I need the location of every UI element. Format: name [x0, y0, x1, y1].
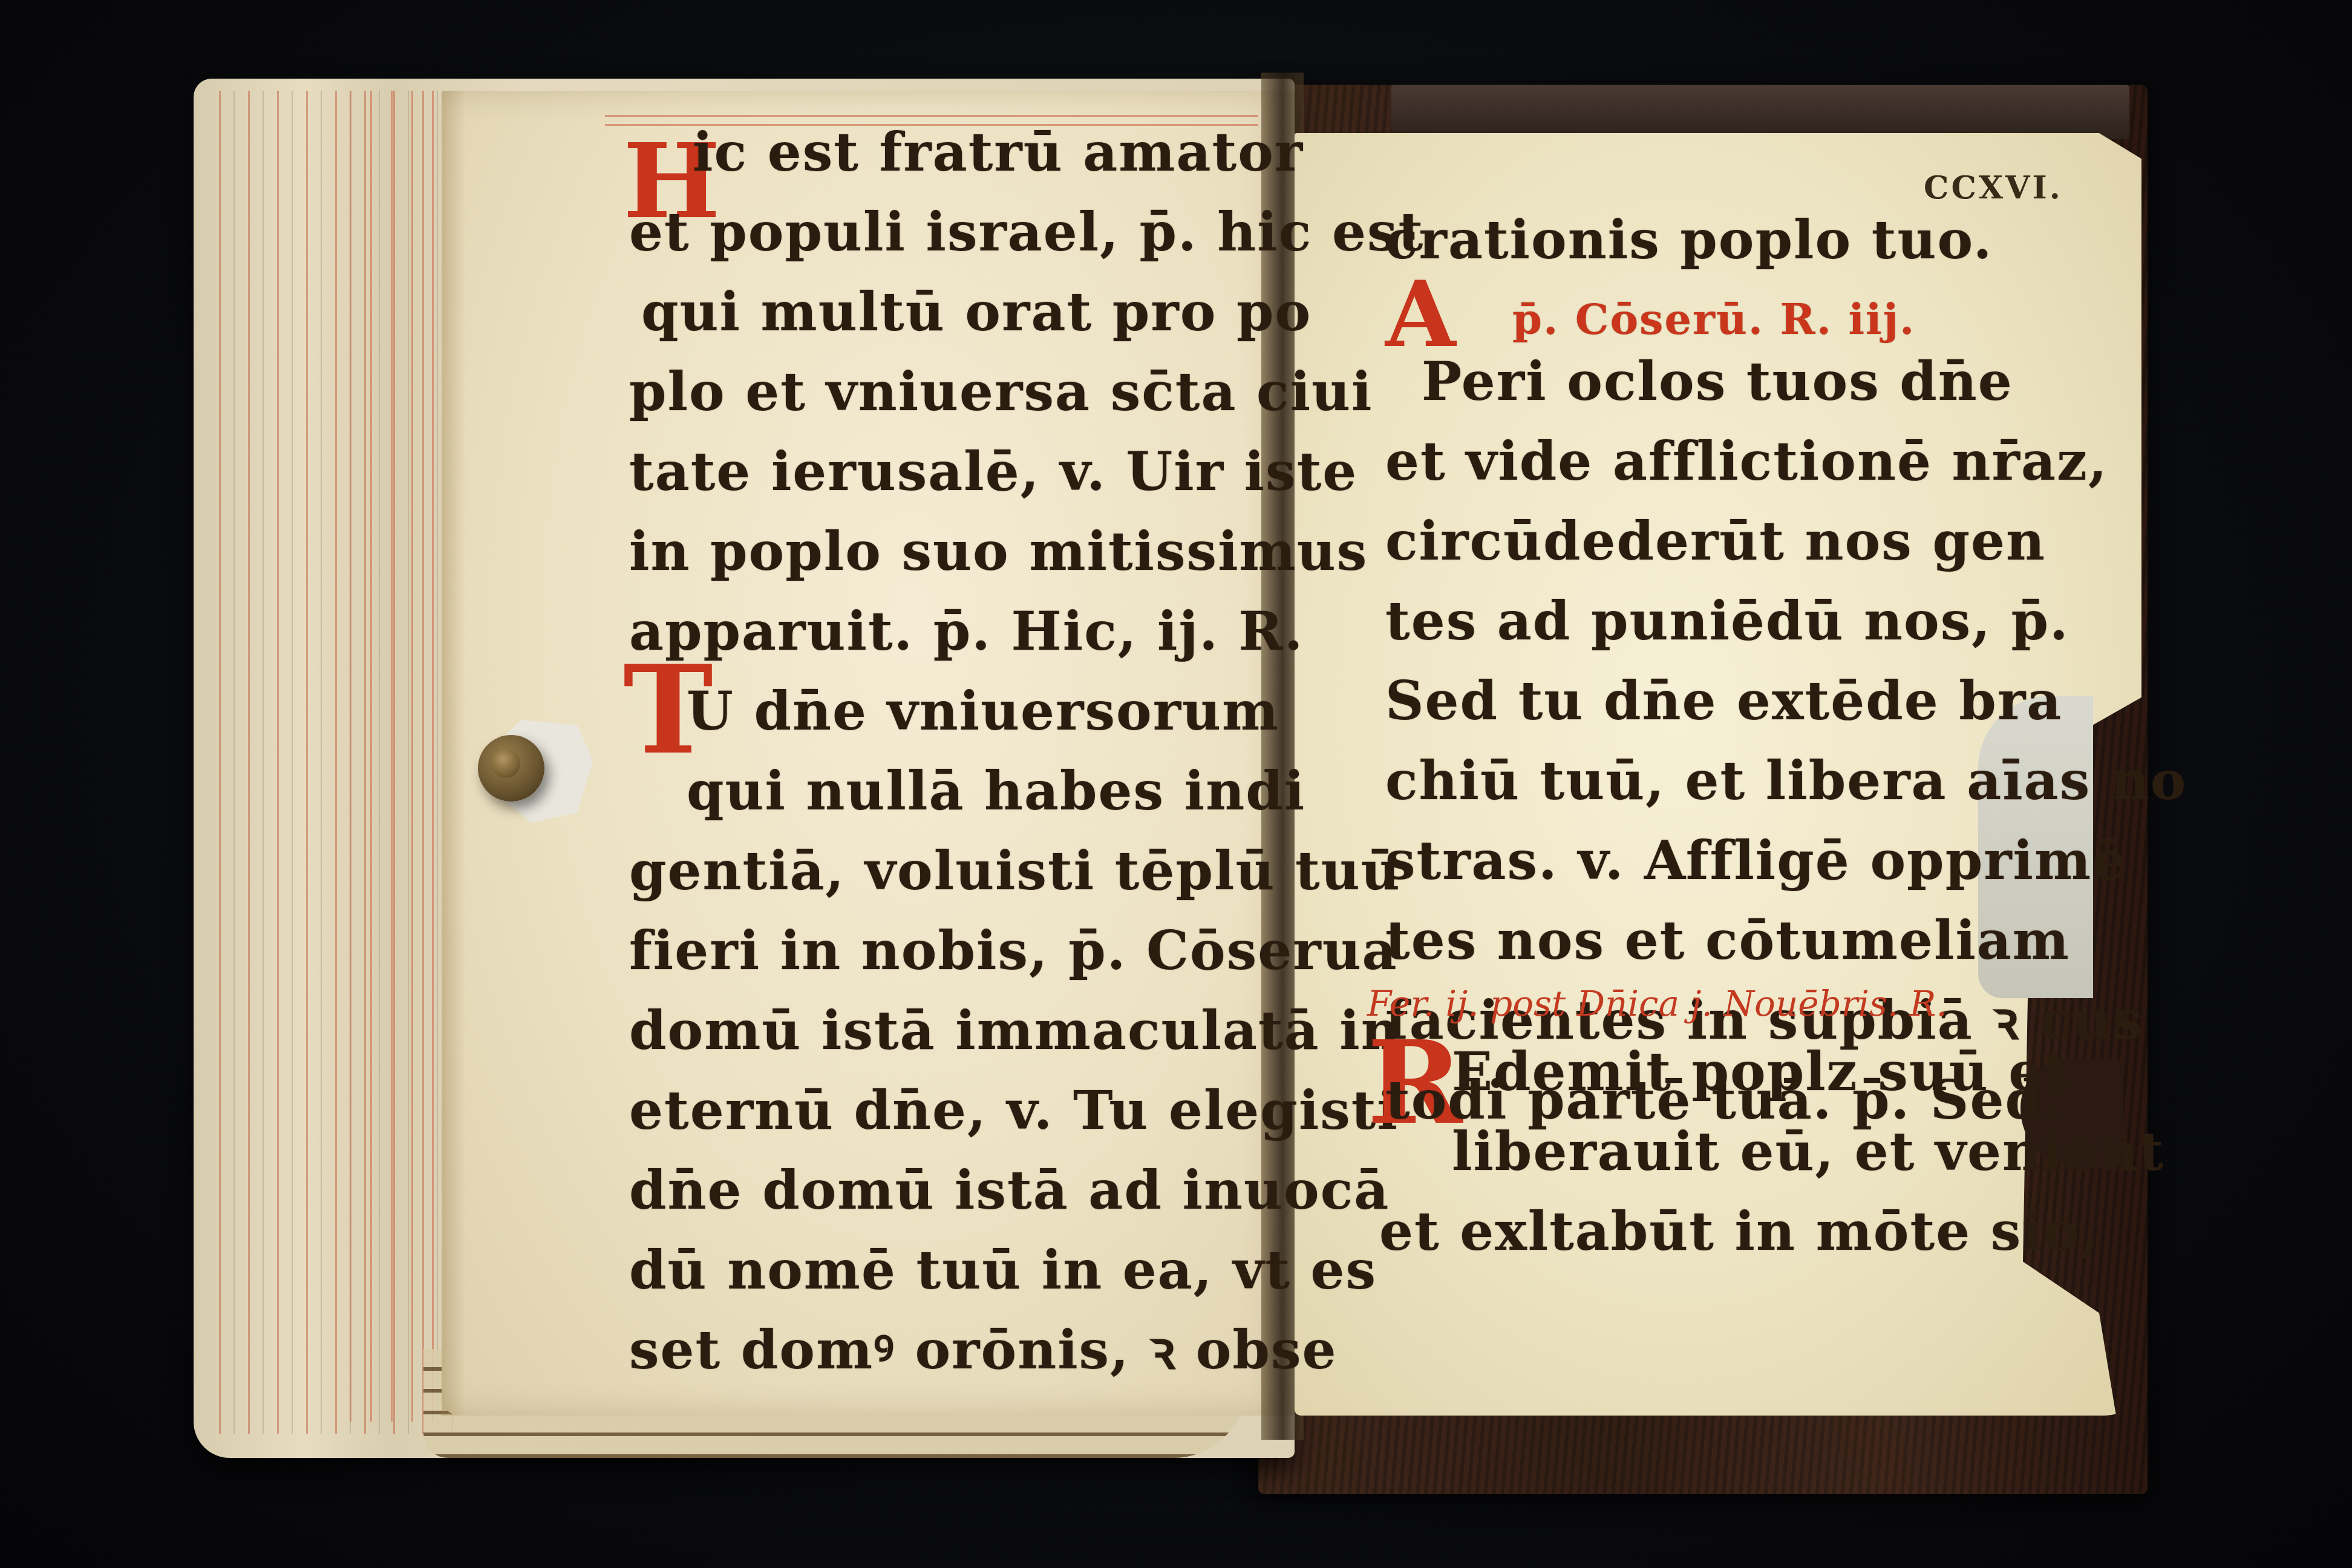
- text-line: plo et vniuersa sc̄ta ciui: [629, 351, 1424, 431]
- text-line: tes ad puniēdū nos, p̄.: [1385, 581, 2187, 661]
- text-line: Peri oclos tuos dn̄e: [1422, 341, 2187, 421]
- text-line: fieri in nobis, p̄. Cōserua: [629, 910, 1424, 990]
- text-line: qui nullā habes indi: [687, 751, 1424, 831]
- right-page-text-lower: Edemit poplz suū et liberauit eū, et ven…: [1452, 1031, 2164, 1271]
- text-line: dū nomē tuū in ea, vt es: [629, 1230, 1424, 1310]
- leather-cover-top-edge: [1391, 85, 2129, 139]
- text-line: stras. v. Affligē opprimē: [1385, 820, 2187, 900]
- text-line: tes nos et cōtumeliam: [1385, 900, 2187, 980]
- text-line: et exltabūt in mōte sio,: [1379, 1191, 2164, 1271]
- text-line: domū istā immaculatā in: [629, 990, 1424, 1070]
- text-line: Edemit poplz suū et: [1452, 1031, 2164, 1111]
- text-line: crationis poplo tuo.: [1385, 200, 2187, 279]
- text-line: U dn̄e vniuersorum: [687, 671, 1424, 751]
- text-line: circūdederūt nos gen: [1385, 501, 2187, 581]
- text-line: qui multū orat pro po: [641, 272, 1424, 351]
- text-line: et populi israel, p̄. hic est: [629, 192, 1424, 272]
- text-line: Sed tu dn̄e extēde bra: [1385, 661, 2187, 740]
- text-line: in poplo suo mitissimus: [629, 511, 1424, 591]
- text-line: dn̄e domū istā ad inuocā: [629, 1150, 1424, 1230]
- text-line: set domꝰ orōnis, ꝛ obse: [629, 1310, 1424, 1390]
- text-line: eternū dn̄e, v. Tu elegisti: [629, 1070, 1424, 1150]
- text-line: ic est fratrū amator: [693, 112, 1424, 192]
- brass-knob-cap: [491, 749, 520, 778]
- left-page-text: ic est fratrū amator et populi israel, p…: [629, 191, 1424, 1390]
- text-line: chiū tuū, et libera aīas no: [1385, 740, 2187, 820]
- text-line: et vide afflictionē nr̄az,: [1385, 421, 2187, 501]
- text-line: tate ierusalē, v. Uir iste: [629, 431, 1424, 511]
- rubric-heading: Fer. ij. post Dn̄ica j. Nouēbris. R.: [1367, 983, 1947, 1024]
- text-line: apparuit. p̄. Hic, ij. R.: [629, 591, 1424, 671]
- text-line: liberauit eū, et venient: [1452, 1111, 2164, 1191]
- text-line: gentiā, voluisti tēplū tuū: [629, 831, 1424, 910]
